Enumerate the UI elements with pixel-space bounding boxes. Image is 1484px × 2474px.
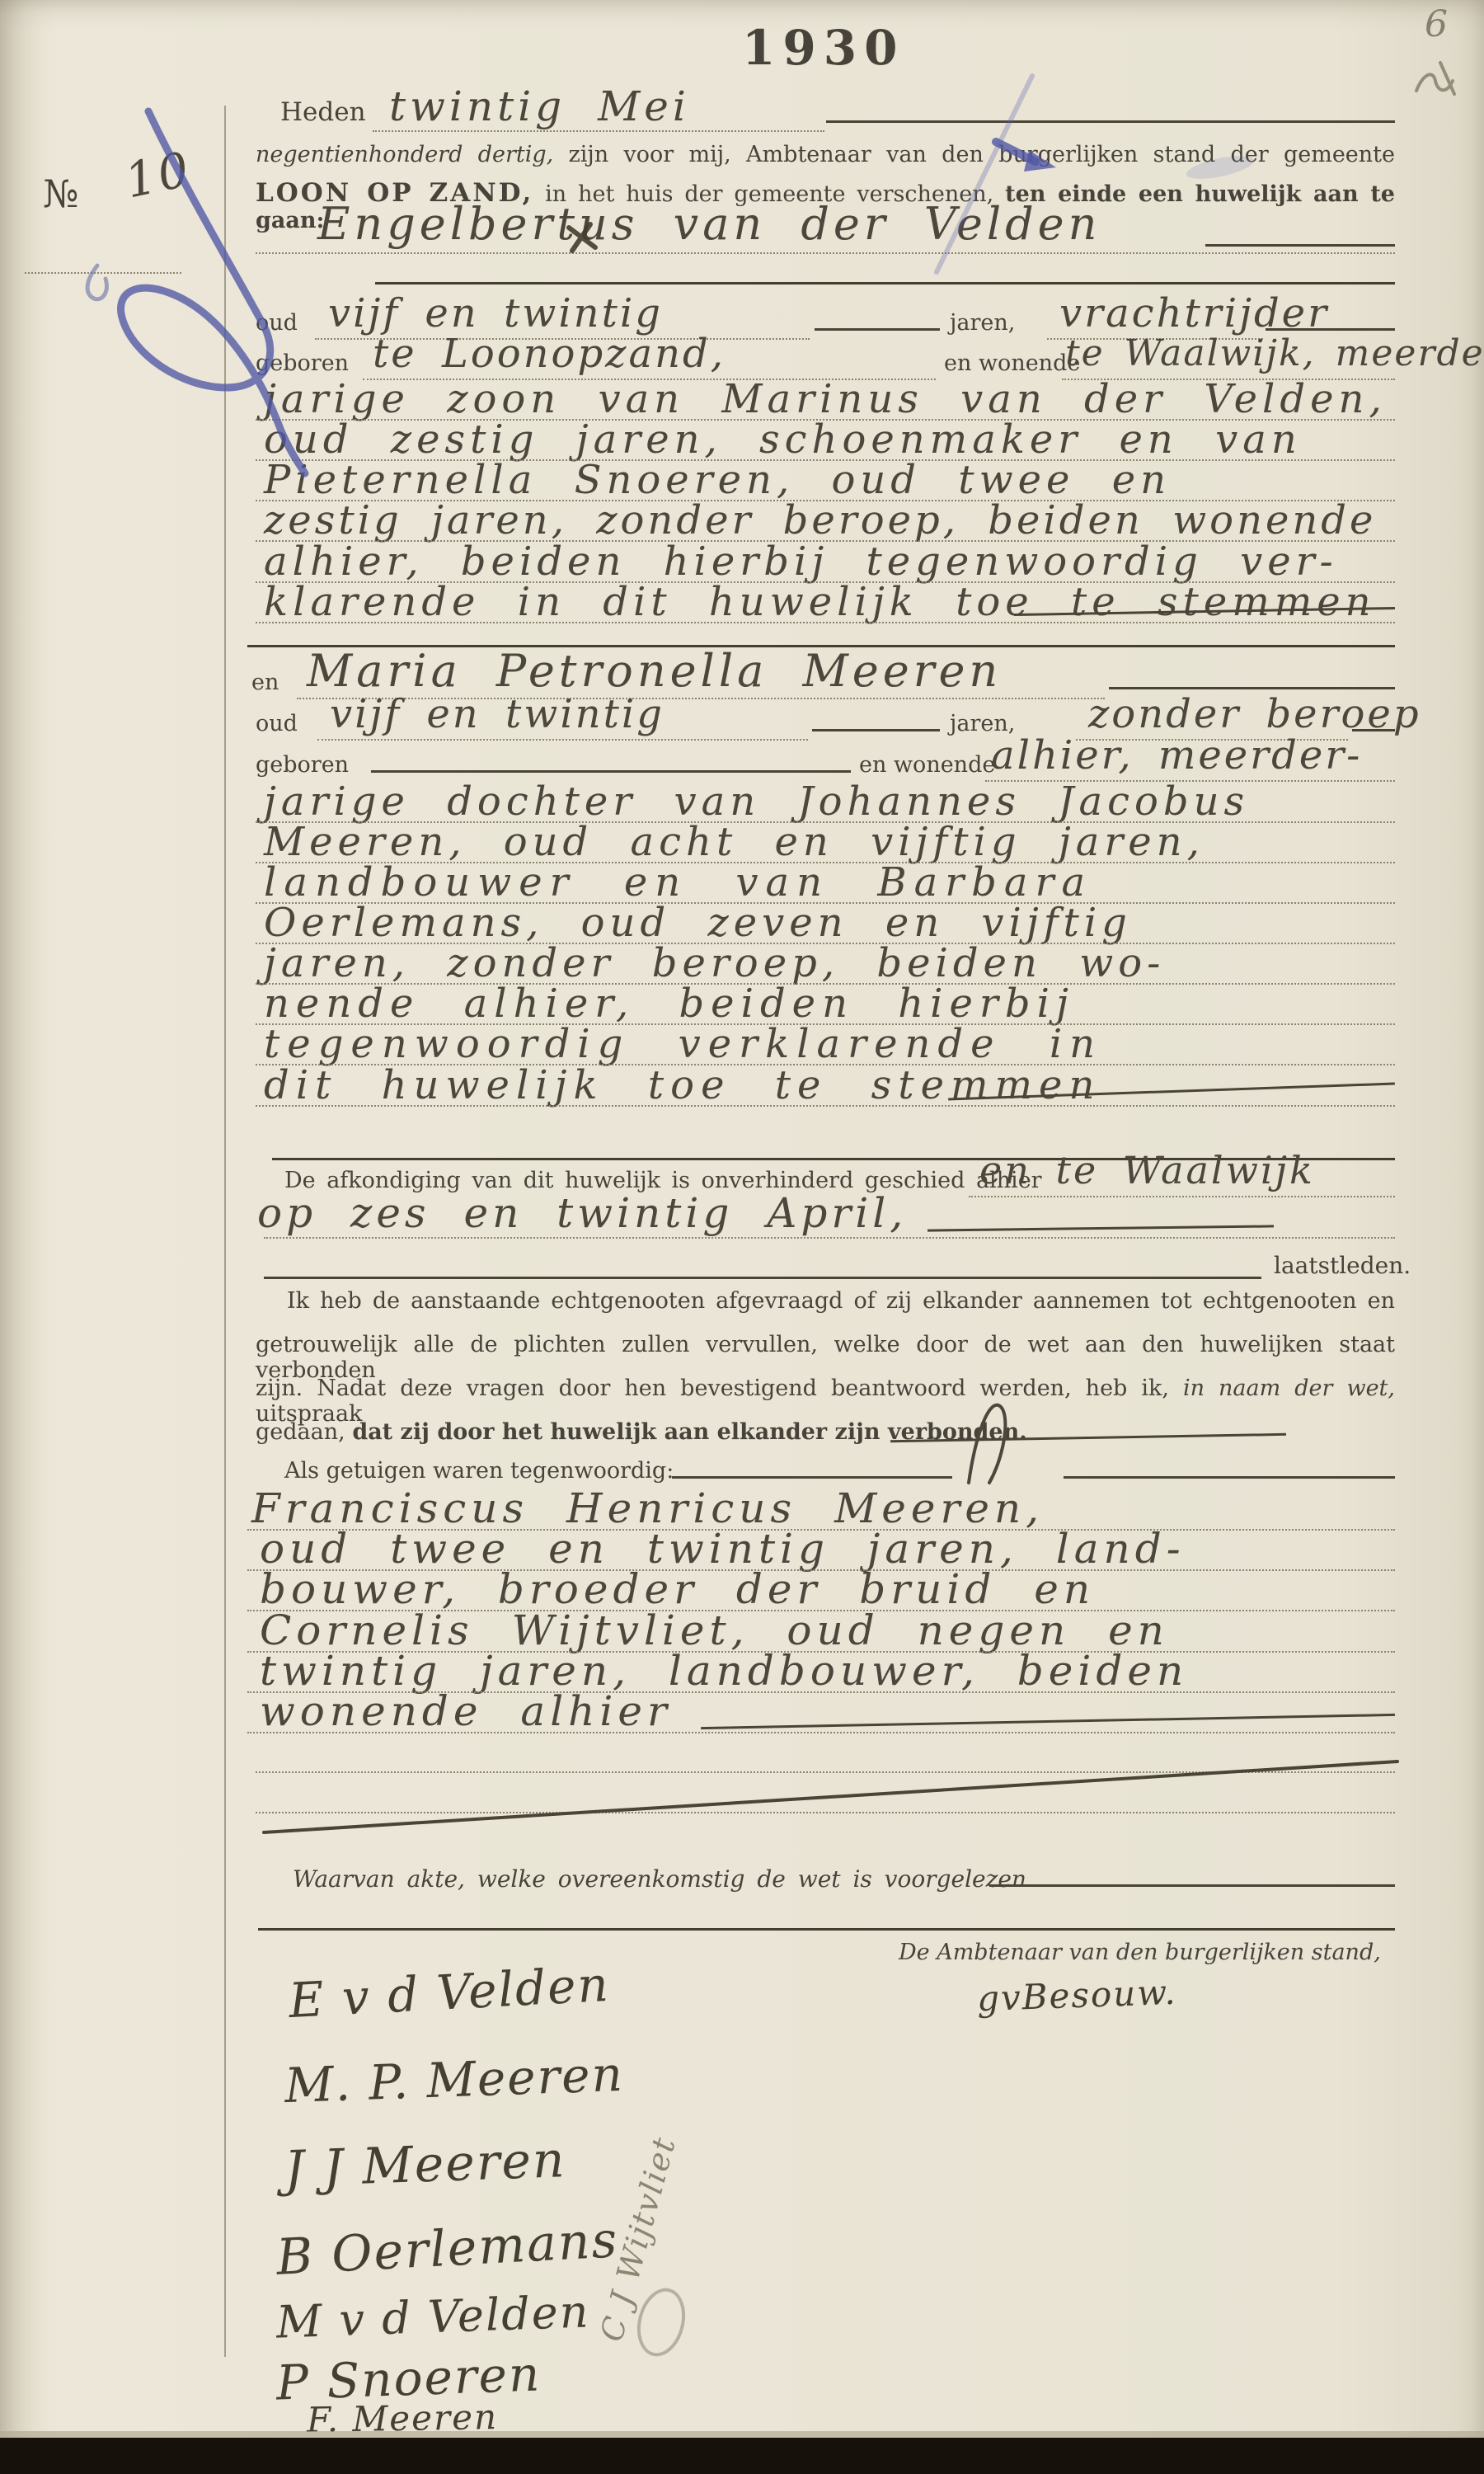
fill-rule xyxy=(256,252,1395,254)
groom-residence: te Waalwijk, meerder- xyxy=(1065,332,1484,374)
intro-line-2: negentienhonderd dertig, zijn voor mij, … xyxy=(256,142,1395,167)
bride-en-label: en xyxy=(251,670,279,695)
fill-line xyxy=(989,1884,1395,1887)
bride-parents-line: tegenwoordig verklarende in xyxy=(264,1021,1102,1067)
fill-rule xyxy=(247,1732,1395,1733)
bride-parents-line: nende alhier, beiden hierbij xyxy=(264,981,1075,1027)
marriage-date: twintig Mei xyxy=(389,82,690,130)
fill-rule xyxy=(317,739,808,741)
bride-parents-line: dit huwelijk toe te stemmen xyxy=(264,1062,1101,1108)
fill-rule xyxy=(256,622,1395,623)
fill-line xyxy=(1352,729,1395,731)
fill-line xyxy=(264,1277,1261,1279)
fill-rule xyxy=(264,1237,1395,1239)
bride-oud-label: oud xyxy=(256,711,298,736)
bride-parents-line: Meeren, oud acht en vijftig jaren, xyxy=(264,819,1205,865)
groom-parents-line: oud zestig jaren, schoenmaker en van xyxy=(264,416,1302,463)
intro-line-2-italic: negentienhonderd dertig, xyxy=(256,142,553,167)
groom-name: Engelbertus van der Velden xyxy=(317,198,1101,250)
fill-line xyxy=(927,1225,1274,1231)
fill-rule xyxy=(256,1105,1395,1107)
year-label: 1930 xyxy=(742,20,904,76)
groom-parents-line: Pieternella Snoeren, oud twee en xyxy=(264,457,1171,503)
groom-birthplace: te Loonopzand, xyxy=(373,331,726,377)
empty-rule xyxy=(256,1812,1395,1813)
fill-rule xyxy=(373,130,824,132)
groom-oud-label: oud xyxy=(256,310,298,336)
groom-jaren-label: jaren, xyxy=(950,310,1015,336)
pencil-scribble xyxy=(1416,63,1454,94)
declaration-text: zijn. Nadat deze vragen door hen bevesti… xyxy=(256,1376,1169,1401)
bride-parents-line: jarige dochter van Johannes Jacobus xyxy=(264,778,1249,825)
scan-black-band xyxy=(0,2438,1484,2474)
intro-line-2-rest: zijn voor mij, Ambtenaar van den burgerl… xyxy=(569,142,1395,167)
bride-parents-line: Oerlemans, oud zeven en vijftig xyxy=(264,900,1132,946)
fill-line xyxy=(1266,328,1395,331)
bride-geboren-label: geboren xyxy=(256,752,349,778)
laatstleden-label: laatstleden. xyxy=(1274,1252,1411,1279)
empty-rule xyxy=(256,1771,1395,1773)
declaration-text: gedaan, xyxy=(256,1419,345,1445)
act-number-label: № xyxy=(43,172,79,216)
groom-geboren-label: geboren xyxy=(256,350,349,376)
official-title: De Ambtenaar van den burgerlijken stand, xyxy=(899,1940,1381,1965)
marriage-certificate-page: 1930 6 № 10 Heden twintig Mei negentienh… xyxy=(0,0,1484,2474)
margin-line xyxy=(224,106,226,2357)
section-rule xyxy=(375,282,1395,285)
official-signature: gvBesouw. xyxy=(976,1972,1177,2019)
signature-bride: M. P. Meeren xyxy=(284,2046,625,2114)
fill-rule xyxy=(969,1196,1395,1197)
signature-father-bride: J J Meeren xyxy=(284,2131,567,2199)
groom-age: vijf en twintig xyxy=(328,290,663,336)
bride-name: Maria Petronella Meeren xyxy=(307,645,1002,697)
banns-place: en te Waalwijk xyxy=(979,1148,1315,1192)
groom-parents-line: alhier, beiden hierbij tegenwoordig ver- xyxy=(264,539,1338,585)
bride-parents-line: landbouwer en van Barbara xyxy=(264,859,1092,905)
fill-line xyxy=(1109,687,1395,689)
groom-parents-line: zestig jaren, zonder beroep, beiden wone… xyxy=(264,497,1376,543)
heden-label: Heden xyxy=(280,97,366,127)
bride-age: vijf en twintig xyxy=(330,691,665,737)
declaration-text: Ik heb de aanstaande echtgenooten afgevr… xyxy=(287,1288,1395,1314)
act-number: 10 xyxy=(120,140,196,209)
bride-parents-line: jaren, zonder beroep, beiden wo- xyxy=(264,940,1165,986)
groom-wonende-label: en wonende xyxy=(944,350,1080,376)
groom-parents-line: klarende in dit huwelijk toe te stemmen xyxy=(264,579,1376,625)
declaration-line: Ik heb de aanstaande echtgenooten afgevr… xyxy=(256,1288,1395,1314)
pencil-page-number: 6 xyxy=(1425,3,1448,45)
witness-line: wonende alhier xyxy=(260,1687,672,1735)
closing-printed: Waarvan akte, welke overeenkomstig de we… xyxy=(293,1865,1026,1893)
blank-line xyxy=(371,770,851,773)
groom-parents-line: jarige zoon van Marinus van der Velden, xyxy=(264,376,1387,422)
section-rule xyxy=(258,1928,1395,1931)
fill-line xyxy=(826,120,1395,123)
witnesses-printed: Als getuigen waren tegenwoordig: xyxy=(284,1458,674,1484)
fill-line xyxy=(815,328,940,331)
declaration-text-italic: in naam der wet, xyxy=(1183,1376,1395,1401)
signature-groom: E v d Velden xyxy=(287,1956,611,2029)
banns-date: op zes en twintig April, xyxy=(257,1189,907,1237)
fill-line xyxy=(1205,244,1395,247)
fill-line xyxy=(701,1714,1395,1729)
signature-mother-bride: B Oerlemans xyxy=(275,2211,619,2287)
fill-line xyxy=(1064,1476,1395,1479)
signature-father-groom: M v d Velden xyxy=(275,2285,590,2348)
act-number-rule xyxy=(25,272,181,274)
bride-residence: alhier, meerder- xyxy=(991,732,1362,778)
fill-line xyxy=(672,1476,952,1479)
blue-small-mark xyxy=(87,266,106,299)
bride-wonende-label: en wonende xyxy=(859,752,995,778)
fill-line xyxy=(812,729,940,731)
